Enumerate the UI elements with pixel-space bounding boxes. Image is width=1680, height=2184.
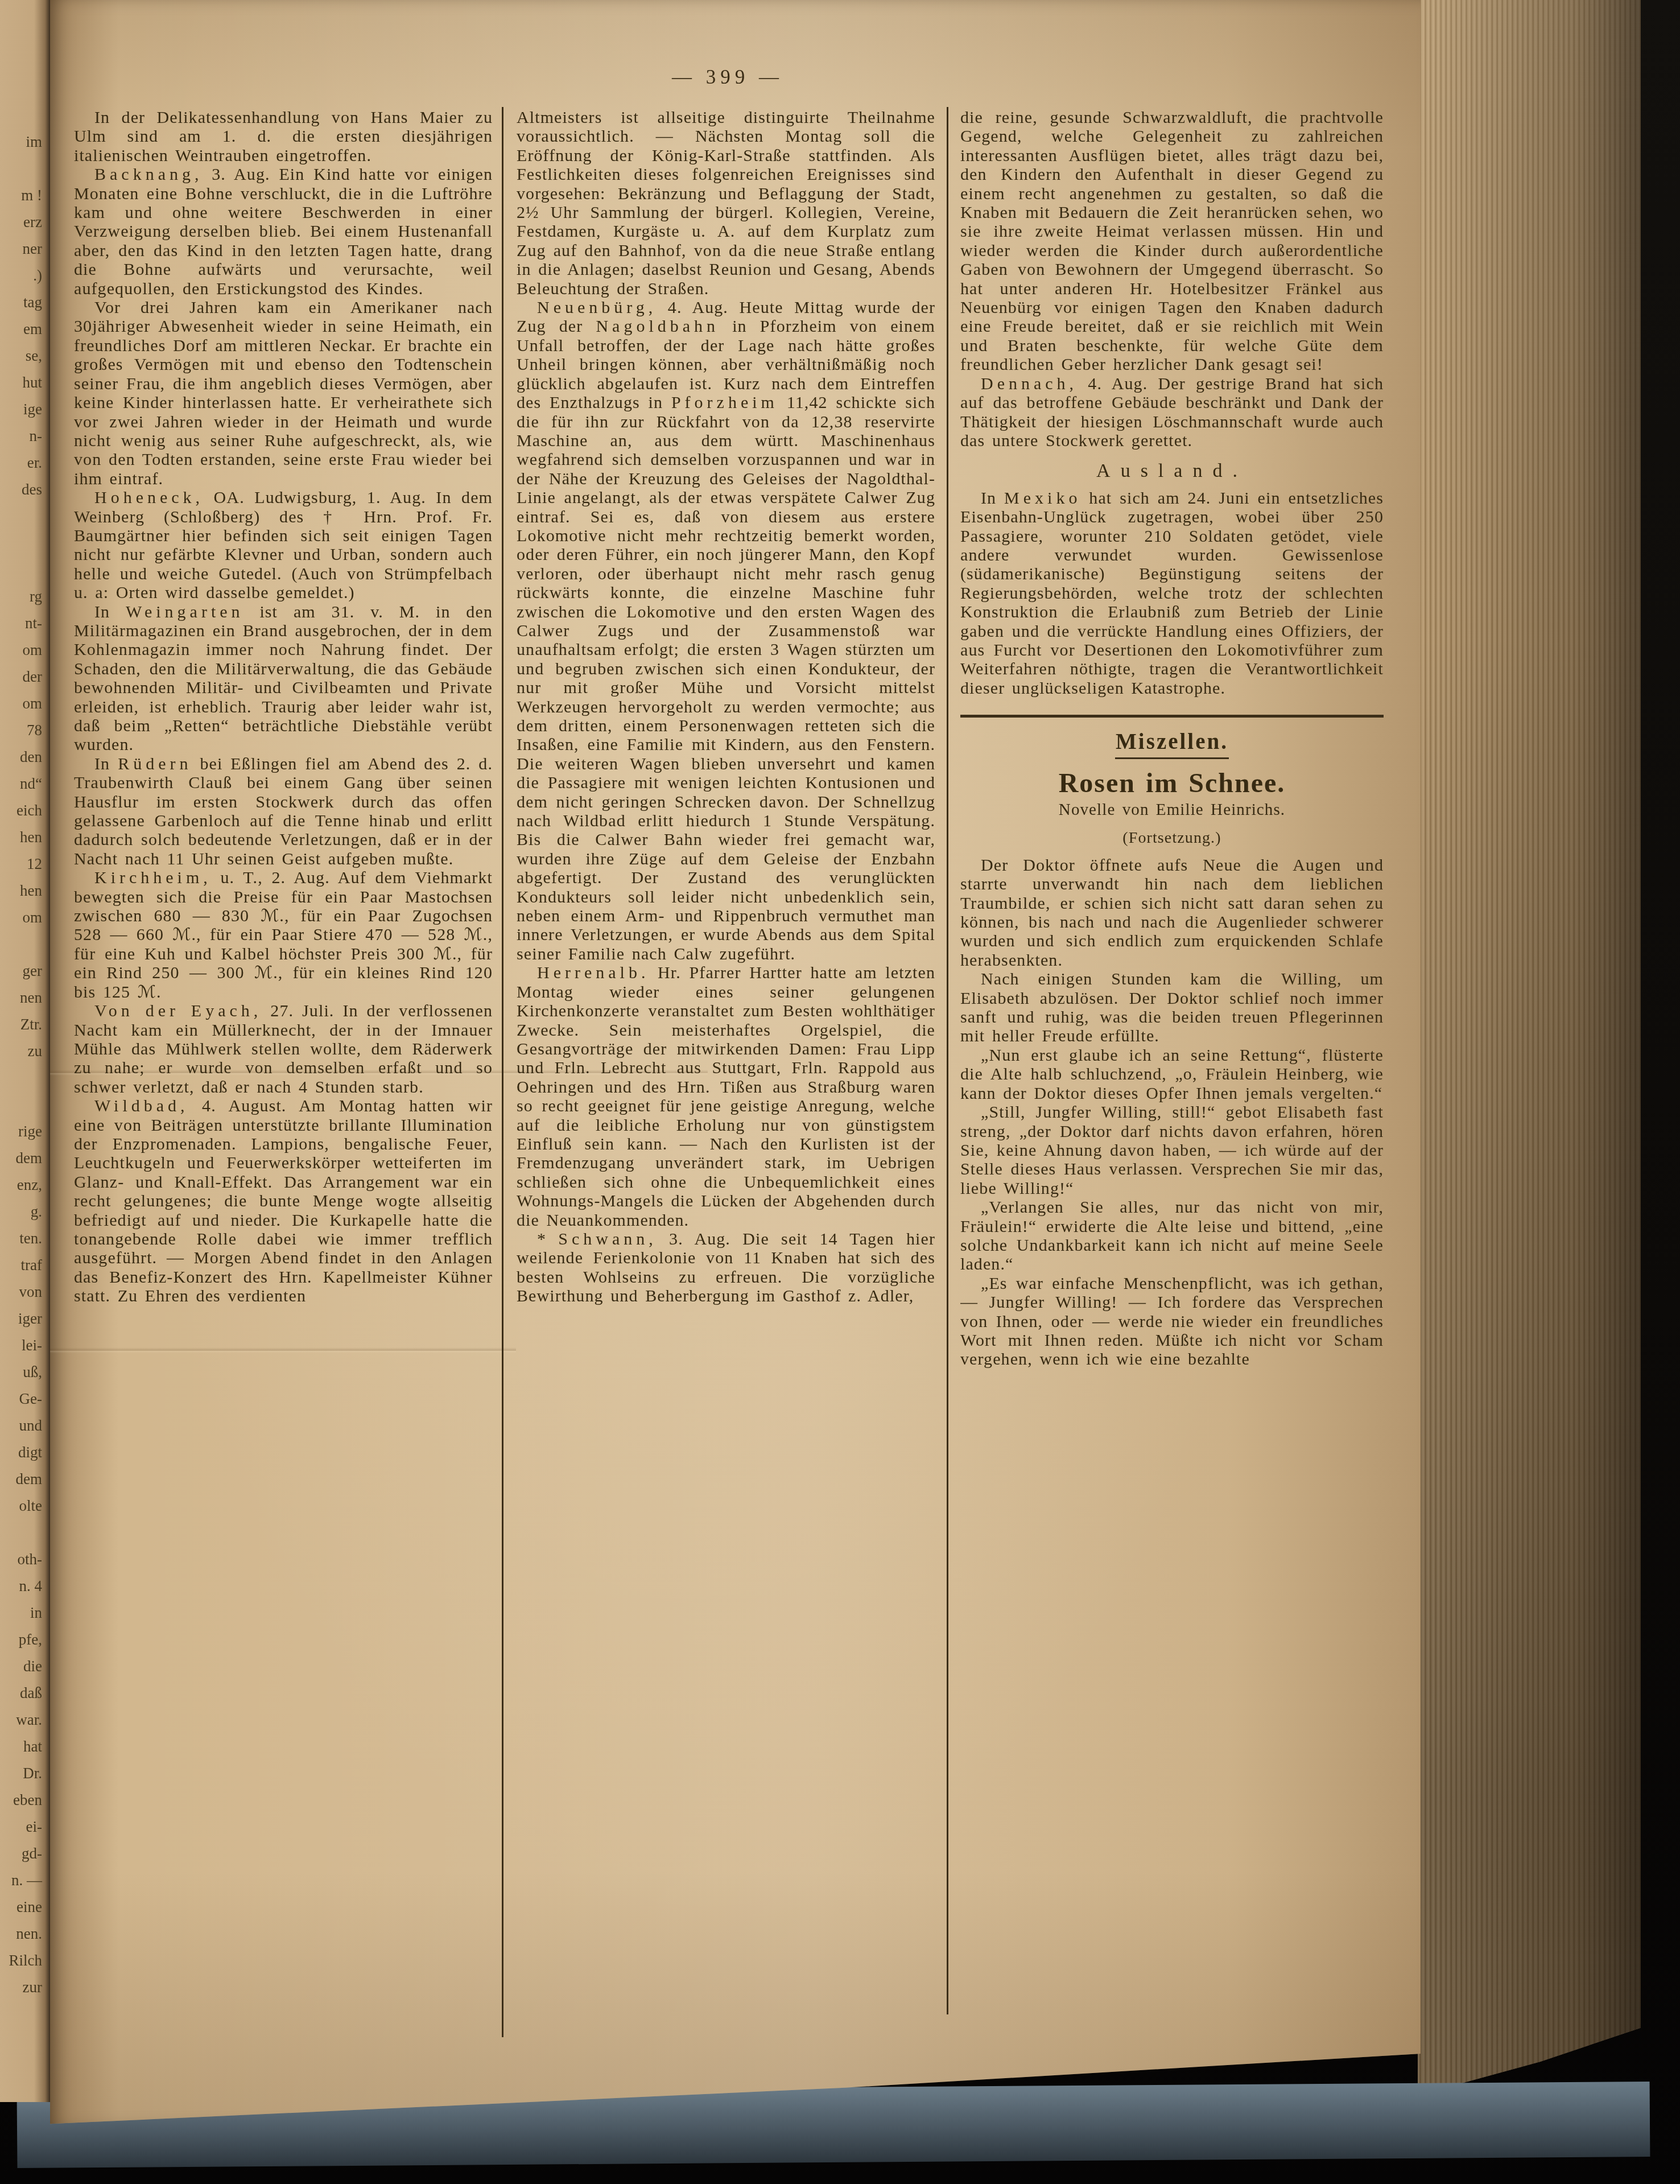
cut-text-fragment: dem [2,1145,42,1172]
cut-text-fragment: die [2,1653,42,1680]
paragraph: Von der Eyach, 27. Juli. In der verfloss… [74,1002,493,1097]
cut-text-fragment: enz, [2,1172,42,1198]
cut-text-fragment: m ! [2,182,42,209]
paragraph: Wildbad, 4. August. Am Montag hatten wir… [74,1097,493,1305]
cut-text-fragment [2,155,42,182]
cut-text-fragment: hat [2,1733,42,1760]
cut-text-fragment: ger [2,958,42,984]
cut-text-fragment: lei- [2,1332,42,1359]
cut-text-fragment: eich [2,797,42,824]
newspaper-page: — 399 — In der Delikatessenhandlung von … [50,0,1421,2126]
paragraph: Der Doktor öffnete aufs Neue die Augen u… [960,856,1384,970]
dateline: Kirchheim, [94,868,212,887]
paragraph: Vor drei Jahren kam ein Amerikaner nach … [74,298,493,488]
dateline: Herrenalb. [537,963,649,982]
column-rule-right [947,107,948,2014]
cut-text-fragment: nen [2,984,42,1011]
cut-text-fragment [2,1065,42,1091]
cut-text-fragment: tag [2,289,42,316]
text-run: „Nun erst glaube ich an seine Rettung“, … [960,1046,1384,1103]
dateline: Backnang, [94,165,203,184]
cut-text-fragment: zur [2,1974,42,2001]
section-heading: Miszellen. [960,732,1384,751]
cut-text-fragment: nt- [2,610,42,637]
cut-text-fragment: ige [2,396,42,423]
cut-text-fragment: n- [2,423,42,450]
cut-text-fragment: g. [2,1198,42,1225]
paragraph: In Rüdern bei Eßlingen fiel am Abend des… [74,755,493,868]
cut-text-fragment: oth- [2,1546,42,1573]
cut-text-fragment [2,530,42,557]
cut-text-fragment: in [2,1600,42,1626]
column-left: In der Delikatessenhandlung von Hans Mai… [74,108,493,2088]
cut-text-fragment: Ztr. [2,1011,42,1038]
paragraph: „Nun erst glaube ich an seine Rettung“, … [960,1046,1384,1103]
cut-text-fragment: digt [2,1439,42,1466]
text-run: In [94,755,118,773]
facing-page-fragments: imm !erzner.)tagemse,hutigen-er.desrgnt-… [2,129,42,2001]
text-run: ist am 31. v. M. in den Militärmagazinen… [74,603,493,755]
cut-text-fragment: im [2,129,42,155]
paragraph: „Es war einfache Menschenpflicht, was ic… [960,1274,1384,1369]
dateline: Pforzheim [671,393,778,412]
dateline: Weingarten [126,603,244,621]
cut-text-fragment: Dr. [2,1760,42,1787]
cut-text-fragment: dem [2,1466,42,1493]
cut-text-fragment: den [2,744,42,770]
divider-rule [960,715,1384,718]
story-subtitle: Novelle von Emilie Heinrichs. [960,801,1384,819]
cut-text-fragment [2,557,42,583]
text-run: In [94,603,126,621]
text-run: Nach einigen Stunden kam die Willing, um… [960,970,1384,1045]
text-run: hat sich am 24. Juni ein entsetzliches E… [960,489,1384,698]
cut-text-fragment: der [2,664,42,690]
paragraph: Nach einigen Stunden kam die Willing, um… [960,970,1384,1046]
paragraph: In der Delikatessenhandlung von Hans Mai… [74,108,493,165]
column-middle: Altmeisters ist allseitige distinguirte … [517,108,935,2088]
cut-text-fragment: eben [2,1787,42,1814]
facing-page-sliver: imm !erzner.)tagemse,hutigen-er.desrgnt-… [0,0,50,2102]
paragraph: Dennach, 4. Aug. Der gestrige Brand hat … [960,374,1384,451]
dateline: Neuenbürg, [537,298,657,317]
text-run: In [981,489,1004,508]
cut-text-fragment: Ge- [2,1386,42,1412]
paragraph: Altmeisters ist allseitige distinguirte … [517,108,935,298]
cut-text-fragment: em [2,316,42,343]
cut-text-fragment: om [2,904,42,931]
dateline: Von der Eyach, [94,1002,262,1020]
dateline: Mexiko [1004,489,1081,508]
cut-text-fragment: eine [2,1894,42,1921]
story-title: Rosen im Schnee. [960,774,1384,793]
text-run: Altmeisters ist allseitige distinguirte … [517,108,935,298]
cut-text-fragment [2,1091,42,1118]
text-run: * [537,1230,558,1248]
cut-text-fragment: ei- [2,1814,42,1840]
text-run: 11,42 schickte sich die für ihn zur Rück… [517,393,935,963]
text-run: „Verlangen Sie alles, nur das nicht von … [960,1198,1384,1274]
cut-text-fragment: rg [2,583,42,610]
cut-text-fragment: om [2,690,42,717]
cut-text-fragment: und [2,1412,42,1439]
cut-text-fragment: iger [2,1305,42,1332]
cut-text-fragment: von [2,1279,42,1305]
text-run: In der Delikatessenhandlung von Hans Mai… [74,108,493,165]
cut-text-fragment: se, [2,343,42,369]
paragraph: Hoheneck, OA. Ludwigsburg, 1. Aug. In de… [74,488,493,602]
cut-text-fragment: rige [2,1118,42,1145]
cut-text-fragment [2,503,42,530]
paragraph: Kirchheim, u. T., 2. Aug. Auf dem Viehma… [74,868,493,1002]
paragraph: * Schwann, 3. Aug. Die seit 14 Tagen hie… [517,1230,935,1306]
cut-text-fragment: uß, [2,1359,42,1386]
cut-text-fragment: traf [2,1252,42,1279]
text-run: u. T., 2. Aug. Auf dem Viehmarkt bewegte… [74,868,493,1001]
column-rule-left [502,107,503,2037]
book-scan-scene: imm !erzner.)tagemse,hutigen-er.desrgnt-… [0,0,1680,2184]
text-run: 3. Aug. Ein Kind hatte vor einigen Monat… [74,165,493,298]
cut-text-fragment: Rilch [2,1947,42,1974]
text-run: Vor drei Jahren kam ein Amerikaner nach … [74,298,493,488]
cut-text-fragment: hen [2,824,42,851]
divider-rule [1115,757,1229,759]
paragraph: Herrenalb. Hr. Pfarrer Hartter hatte am … [517,963,935,1230]
text-run: Der Doktor öffnete aufs Neue die Augen u… [960,856,1384,970]
dateline: Schwann, [558,1230,657,1248]
page-number: — 399 — [74,66,1381,89]
text-run: die reine, gesunde Schwarzwaldluft, die … [960,108,1384,374]
paragraph: In Weingarten ist am 31. v. M. in den Mi… [74,603,493,755]
cut-text-fragment: gd- [2,1840,42,1867]
cut-text-fragment: erz [2,209,42,236]
cut-text-fragment: daß [2,1680,42,1707]
cut-text-fragment: ner [2,236,42,262]
paragraph: Backnang, 3. Aug. Ein Kind hatte vor ein… [74,165,493,298]
dateline: Hoheneck, [94,488,204,507]
paragraph: „Still, Jungfer Willing, still!“ gebot E… [960,1103,1384,1198]
paragraph: In Mexiko hat sich am 24. Juni ein entse… [960,489,1384,698]
cut-text-fragment [2,1519,42,1546]
cut-text-fragment: pfe, [2,1626,42,1653]
cut-text-fragment: n. — [2,1867,42,1894]
page-stack-fore-edge [1418,0,1641,2112]
cut-text-fragment: nd“ [2,770,42,797]
cut-text-fragment: olte [2,1493,42,1519]
text-run: 4. August. Am Montag hatten wir eine von… [74,1097,493,1305]
book-cover-right-edge [1634,0,1680,2184]
paragraph: die reine, gesunde Schwarzwaldluft, die … [960,108,1384,374]
cut-text-fragment: er. [2,450,42,476]
cut-text-fragment: des [2,476,42,503]
cut-text-fragment: zu [2,1038,42,1065]
cut-text-fragment [2,931,42,958]
dateline: Rüdern [118,755,192,773]
story-note: (Fortsetzung.) [960,829,1384,847]
text-run: Hr. Pfarrer Hartter hatte am letzten Mon… [517,963,935,1229]
cut-text-fragment: war. [2,1707,42,1733]
paragraph: Neuenbürg, 4. Aug. Heute Mittag wurde de… [517,298,935,963]
section-heading: Ausland. [960,461,1384,480]
dateline: Dennach, [981,374,1078,393]
cut-text-fragment: n. 4 [2,1573,42,1600]
cut-text-fragment: om [2,637,42,664]
text-run: „Still, Jungfer Willing, still!“ gebot E… [960,1103,1384,1198]
cut-text-fragment: 12 [2,851,42,877]
paragraph: „Verlangen Sie alles, nur das nicht von … [960,1198,1384,1274]
dateline: Wildbad, [94,1097,189,1115]
text-run: „Es war einfache Menschenpflicht, was ic… [960,1274,1384,1369]
cut-text-fragment: 78 [2,717,42,744]
cut-text-fragment: hen [2,877,42,904]
cut-text-fragment: ten. [2,1225,42,1252]
cut-text-fragment: nen. [2,1921,42,1947]
dateline: Nagoldbahn [596,317,719,336]
cut-text-fragment: .) [2,262,42,289]
cut-text-fragment: hut [2,369,42,396]
column-right: die reine, gesunde Schwarzwaldluft, die … [960,108,1384,2088]
